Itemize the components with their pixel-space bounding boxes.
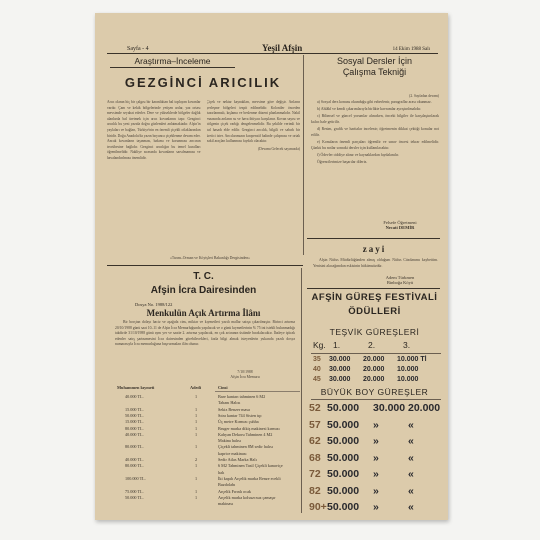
col-value: Muhammen kıymeti: [117, 385, 154, 390]
auction-body: Bir borçtan dolayı haciz ve aşağıda cins…: [115, 320, 295, 348]
paragraph: Öğrencilerimize başarılar dileriz.: [311, 159, 439, 165]
table-cell: 80.000 TL.: [125, 463, 144, 468]
buyuk-label: BÜYÜK BOY GÜREŞLER: [307, 387, 442, 397]
table-cell: Sıtra kantar 744 Sisten tıp: [218, 413, 262, 418]
icra-office: Afşin İcra Dairesinden: [107, 285, 300, 296]
table-cell: halı: [218, 470, 224, 475]
table-cell: kaprice makinası: [218, 451, 247, 456]
prize-cell: »: [373, 452, 379, 464]
prize-cell: 30.000: [373, 402, 405, 414]
prize-cell: 72: [309, 468, 321, 480]
auction-title: Menkulün Açık Artırma İlânı: [107, 308, 300, 318]
table-cell: 40.000 TL.: [125, 394, 144, 399]
table-cell: Bare kantarı tahminen 6 M2: [218, 394, 265, 399]
table-cell: Çiçekli tahminen 8M sedir halısı: [218, 444, 273, 449]
prize-cell: 30.000: [329, 356, 350, 363]
table-cell: 15.000 TL.: [125, 419, 144, 424]
zayi-body: Afşin Nüfus Müdürlüğünden almış olduğum …: [313, 258, 438, 269]
paragraph: c) Bilimsel ve güncel yorumlar alınırken…: [311, 113, 439, 125]
masthead: Sayfa - 4 Yeşil Afşin 14 Ekim 1988 Salı: [107, 41, 438, 54]
section-rule: [307, 238, 440, 239]
festival-title-line-2: ÖDÜLLERİ: [307, 305, 442, 319]
table-cell: 1: [195, 489, 197, 494]
table-cell: Sedir Atlas Marka Halı: [218, 457, 257, 462]
table-cell: Tabanı Halısı: [218, 400, 240, 405]
prize-cell: 50.000: [327, 468, 359, 480]
table-cell: Arçelik Fırınlı ocak: [218, 489, 251, 494]
section-label: Araştırma–İnceleme: [110, 56, 235, 68]
right-article-body: (2. Sayfadan devam) a) Sosyal ders konus…: [311, 93, 439, 166]
table-cell: 1: [195, 394, 197, 399]
table-cell: 1: [195, 407, 197, 412]
prize-cell: «: [408, 419, 414, 431]
col-1: 1.: [333, 340, 340, 350]
table-rule: [215, 391, 300, 392]
prize-cell: 20.000: [408, 402, 440, 414]
table-cell: 1: [195, 413, 197, 418]
table-rule: [311, 399, 441, 400]
table-rule: [311, 353, 441, 354]
zayi-place: Binboğa Köyü: [370, 280, 430, 285]
prize-cell: 20.000: [363, 356, 384, 363]
issue-date: 14 Ekim 1988 Salı: [393, 47, 430, 52]
prize-cell: 20.000: [363, 366, 384, 373]
prize-cell: 20.000: [363, 376, 384, 383]
table-cell: Buzdolabı: [218, 482, 235, 487]
prize-cell: 10.000 Tl: [397, 356, 427, 363]
col-kg: Kg.: [313, 340, 326, 350]
prize-cell: «: [408, 468, 414, 480]
page-number: Sayfa - 4: [127, 46, 149, 52]
table-cell: 75.000 TL.: [125, 489, 144, 494]
paragraph: b) Ahlâkî ve kendi çıkarımlarıyla birlik…: [311, 106, 439, 112]
table-cell: makinası: [218, 501, 233, 506]
col-count: Adedi: [190, 385, 201, 390]
table-cell: Sekiz Benzer masa: [218, 407, 250, 412]
zayi-signature: Adem Türkmen Binboğa Köyü: [370, 275, 430, 285]
table-cell: İki kapılı Arçelik marka Renze ecekli: [218, 476, 281, 481]
prize-cell: 40: [313, 366, 321, 373]
table-cell: Makina halısı: [218, 438, 241, 443]
table-cell: 1: [195, 463, 197, 468]
table-cell: 50.000 TL.: [125, 495, 144, 500]
prize-cell: 45: [313, 376, 321, 383]
prize-cell: »: [373, 419, 379, 431]
right-article-title: Sosyal Dersler İçin Çalışma Tekniği: [307, 56, 442, 78]
prize-cell: 50.000: [327, 452, 359, 464]
article-column-1: Arıcı olanın hiç bir çalgısı bir karanlı…: [107, 100, 201, 250]
prize-cell: 50.000: [327, 485, 359, 497]
tesvik-label: TEŞVİK GÜREŞLERİ: [307, 327, 442, 337]
auction-signer: Afşin İcra Memuru: [215, 375, 275, 380]
table-cell: 1: [195, 426, 197, 431]
table-cell: 100.000 TL.: [125, 476, 146, 481]
table-cell: 1: [195, 444, 197, 449]
prize-cell: »: [373, 501, 379, 513]
prize-cell: 30.000: [329, 376, 350, 383]
col-3: 3.: [403, 340, 410, 350]
table-cell: 1: [195, 419, 197, 424]
table-cell: Arçelik marka kolsuzcsuz çamaşır: [218, 495, 276, 500]
table-cell: 80.000 TL.: [125, 444, 144, 449]
prize-cell: 10.000: [397, 376, 418, 383]
prize-cell: «: [408, 435, 414, 447]
prize-cell: «: [408, 452, 414, 464]
paragraph: f) Ödevler ciddiye alınır ve kaynaklarda…: [311, 152, 439, 158]
prize-cell: 82: [309, 485, 321, 497]
paragraph: d) Resim, grafik ve haritalar incelenir;…: [311, 126, 439, 138]
prize-cell: 52: [309, 402, 321, 414]
tc-heading: T. C.: [107, 271, 300, 282]
section-rule: [307, 288, 440, 289]
festival-title: AFŞİN GÜREŞ FESTİVALİ ÖDÜLLERİ: [307, 291, 442, 319]
article-source: «Tarım–Orman ve Köyişleri Bakanlığı Derg…: [135, 256, 285, 260]
table-cell: 80.000 TL.: [125, 426, 144, 431]
prize-cell: 50.000: [327, 419, 359, 431]
table-cell: 15.000 TL.: [125, 407, 144, 412]
table-cell: 50.000 TL.: [125, 413, 144, 418]
col-type: Cinsi: [218, 385, 228, 390]
table-cell: 1: [195, 476, 197, 481]
file-number: Dosya No. 1988/122: [135, 302, 172, 307]
table-cell: Bruger marka dikiş makinesi kırmızı: [218, 426, 280, 431]
prize-cell: 68: [309, 452, 321, 464]
newspaper-page: Sayfa - 4 Yeşil Afşin 14 Ekim 1988 Salı …: [95, 13, 448, 520]
author-signature: Felsefe Öğretmeni Necati DEMİR: [365, 220, 435, 230]
table-cell: 1: [195, 432, 197, 437]
prize-cell: 50.000: [327, 435, 359, 447]
column-divider: [301, 268, 302, 513]
table-cell: 1: [195, 495, 197, 500]
paragraph: e) Konuların önemli parçaları öğrenilir …: [311, 139, 439, 151]
section-rule: [107, 265, 303, 266]
table-cell: 40.000 TL.: [125, 432, 144, 437]
newspaper-name: Yeşil Afşin: [262, 43, 302, 53]
table-cell: 6 M2 Tahminen Tasil Çiçekli kanaviçe: [218, 463, 283, 468]
article-column-2-text: Çiçek ve nektar kaynakları, mevsime göre…: [207, 100, 301, 143]
author-name: Necati DEMİR: [365, 225, 435, 230]
article-continued-note: (Devamı Gelecek sayımızda): [207, 147, 301, 153]
right-title-line-2: Çalışma Tekniği: [307, 67, 442, 78]
article-body: Arıcı olanın hiç bir çalgısı bir karanlı…: [107, 100, 300, 250]
zayi-title: zayi: [307, 244, 442, 254]
prize-cell: 57: [309, 419, 321, 431]
prize-cell: 30.000: [329, 366, 350, 373]
right-title-line-1: Sosyal Dersler İçin: [307, 56, 442, 67]
auction-signature: 7/10/1988 Afşin İcra Memuru: [215, 370, 275, 380]
prize-cell: »: [373, 485, 379, 497]
festival-title-line-1: AFŞİN GÜREŞ FESTİVALİ: [307, 291, 442, 305]
prize-cell: «: [408, 501, 414, 513]
column-divider: [303, 55, 304, 255]
prize-cell: »: [373, 435, 379, 447]
prize-cell: 50.000: [327, 402, 359, 414]
article-column-2: Çiçek ve nektar kaynakları, mevsime göre…: [207, 100, 301, 250]
prize-cell: 90+: [309, 501, 327, 513]
prize-cell: 50.000: [327, 501, 359, 513]
paragraph: a) Sosyal ders konusu okunduğu gibi ezbe…: [311, 99, 439, 105]
prize-cell: 62: [309, 435, 321, 447]
prize-cell: »: [373, 468, 379, 480]
col-2: 2.: [368, 340, 375, 350]
table-cell: 2: [195, 457, 197, 462]
table-cell: Kahyan Dekoru Tahminen 4 M2: [218, 432, 272, 437]
prize-cell: 35: [313, 356, 321, 363]
table-cell: Üç metre Kırmızı çuhha: [218, 419, 259, 424]
article-headline: GEZGİNCİ ARICILIK: [113, 75, 293, 90]
prize-cell: «: [408, 485, 414, 497]
table-cell: 40.000 TL.: [125, 457, 144, 462]
prize-cell: 10.000: [397, 366, 418, 373]
